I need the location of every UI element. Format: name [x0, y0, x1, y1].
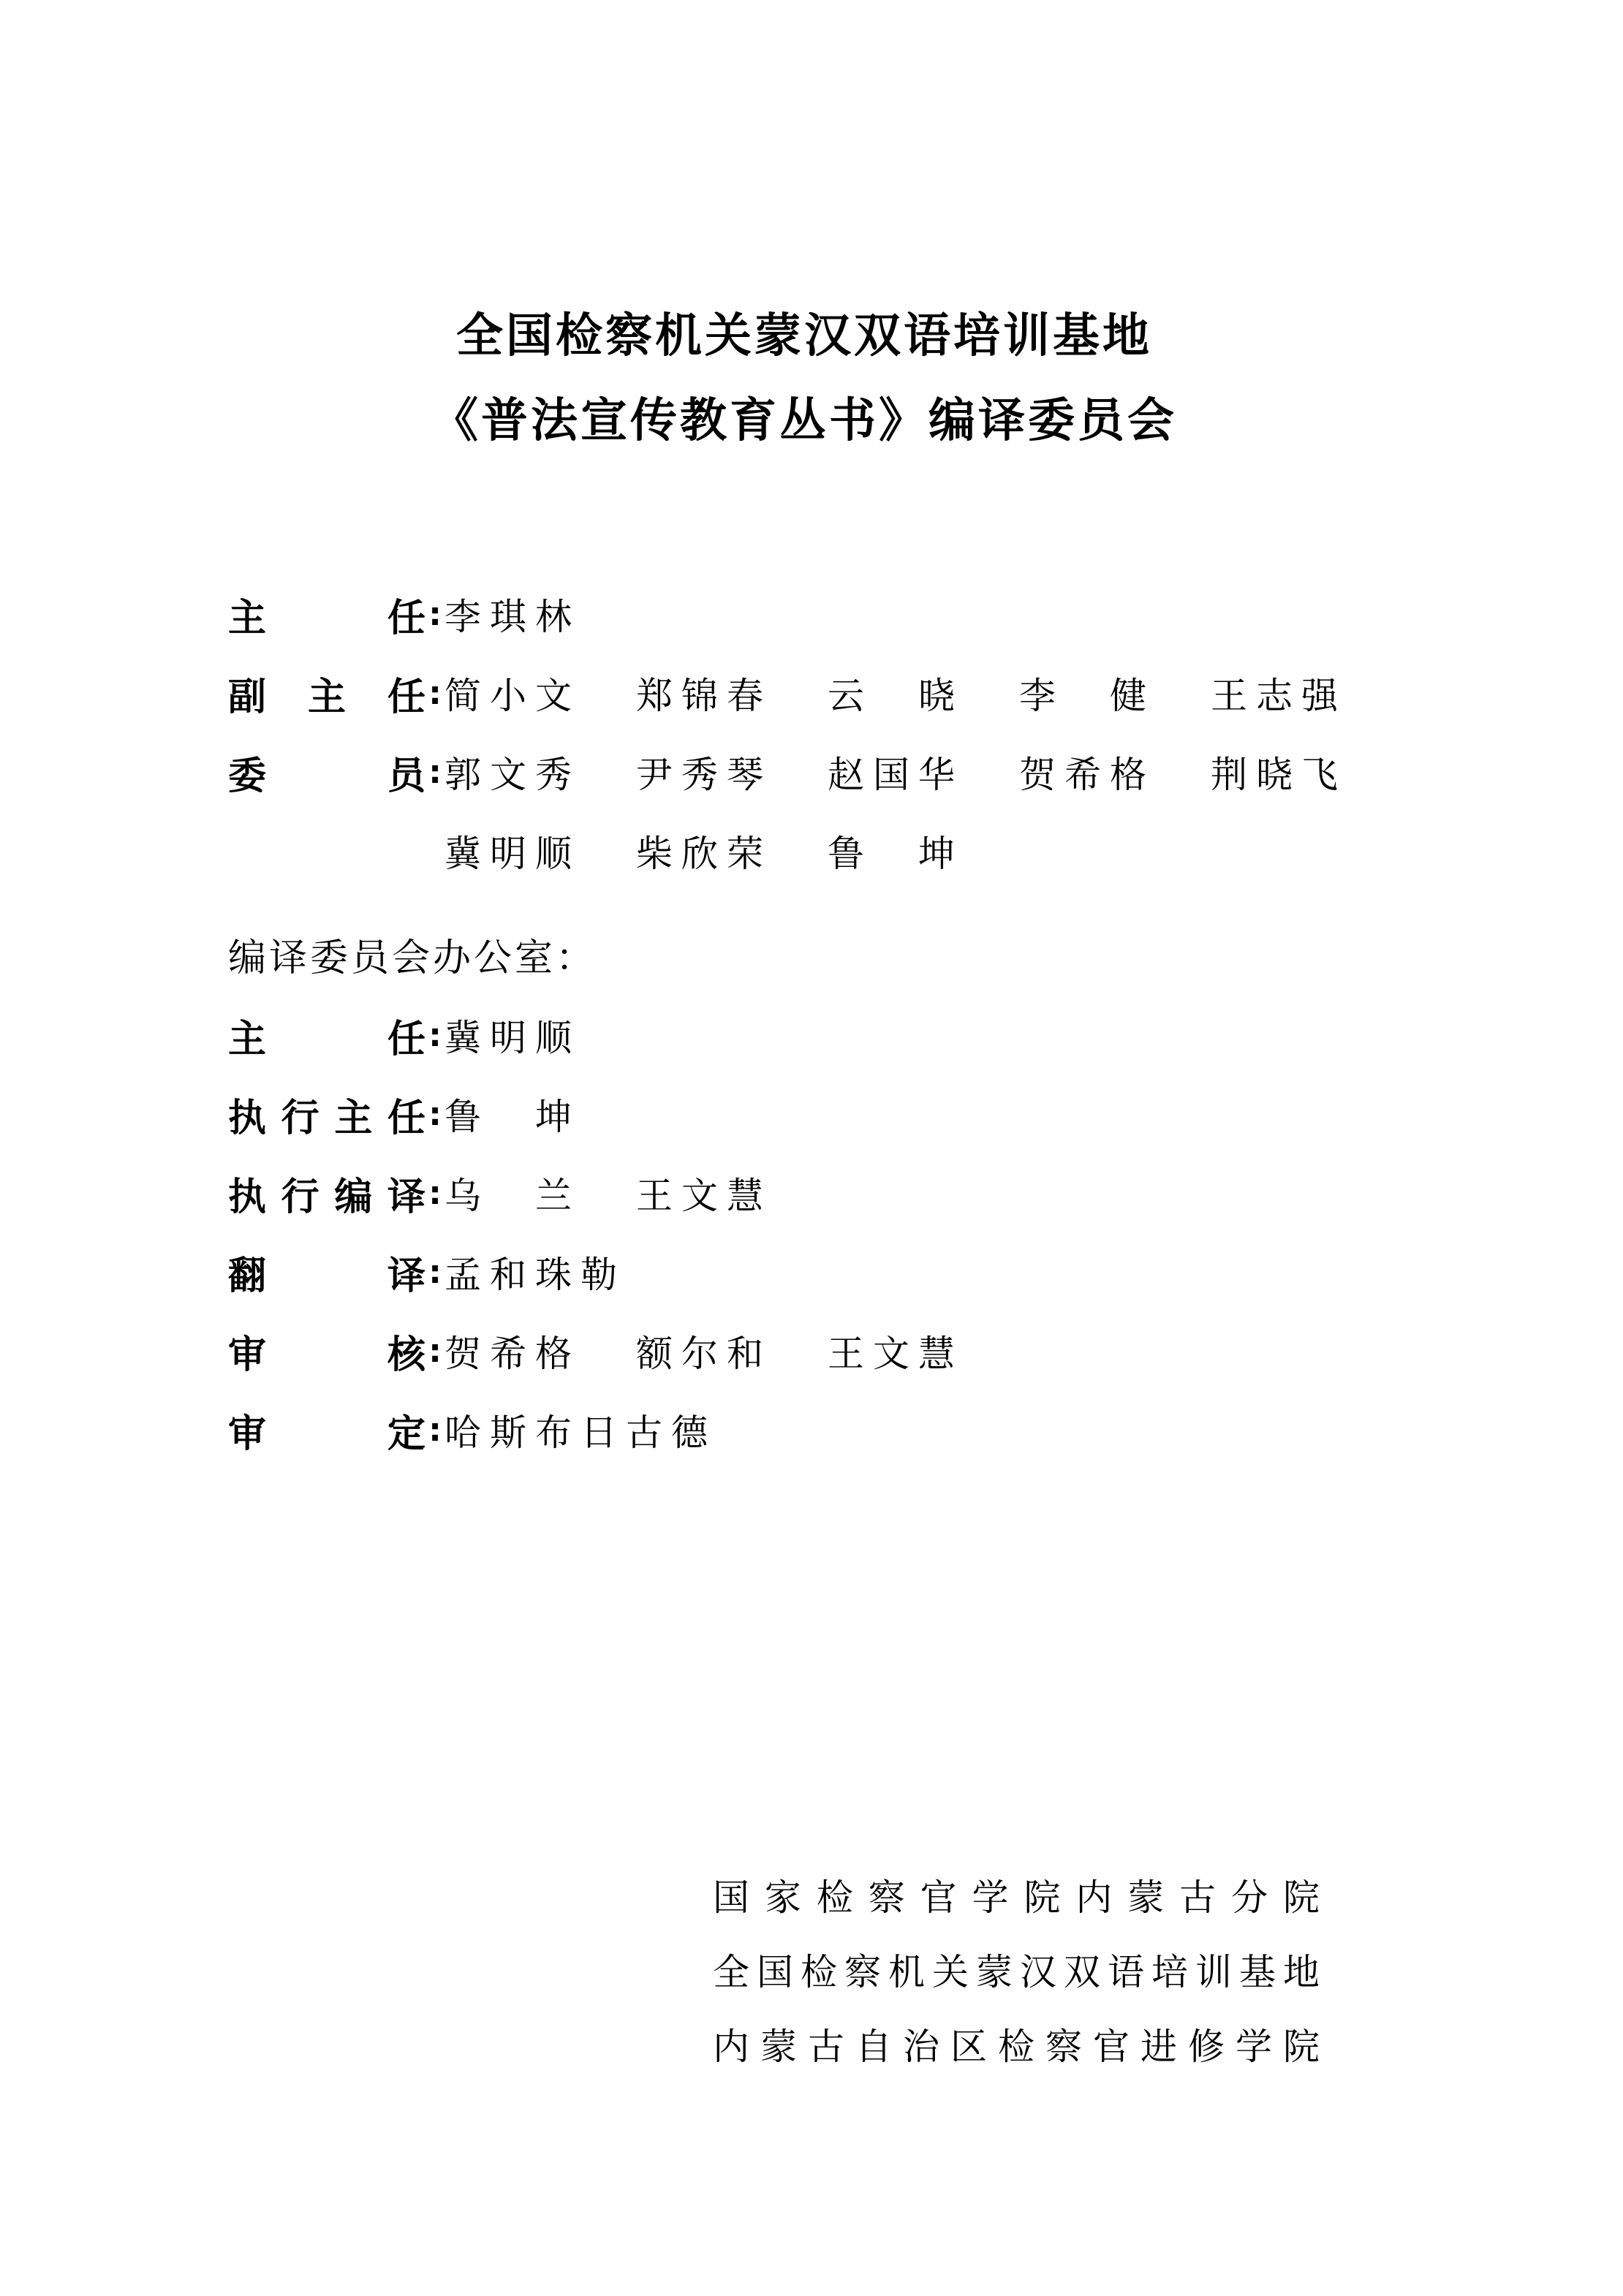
committee-row-director: 主 任 : 李琪林	[228, 585, 636, 643]
footer-char: 机	[888, 1935, 925, 2009]
office-row-executive-director: 执 行 主 任 : 鲁 坤	[228, 1085, 636, 1143]
publisher-footer: 国家检察官学院内蒙古分院 全国检察机关蒙汉双语培训基地 内蒙古自治区检察官进修学…	[713, 1860, 1320, 2084]
names-list: 哈斯布日古德	[444, 1403, 716, 1456]
role-label: 副 主 任	[228, 666, 425, 721]
names-list: 鲁 坤	[444, 1088, 636, 1140]
person-name: 简小文	[444, 667, 636, 719]
role-label: 执 行 编 译	[228, 1166, 425, 1221]
role-label-char: 核	[387, 1324, 425, 1379]
title-line-1: 全国检察机关蒙汉双语培训基地	[0, 307, 1623, 365]
person-name: 郭文秀	[444, 746, 636, 798]
committee-row-members: 委 员 : 郭文秀 尹秀琴 赵国华 贺希格 荆晓飞	[228, 743, 1402, 801]
role-label-char: 委	[228, 745, 266, 800]
footer-char: 汉	[1020, 1935, 1056, 2009]
footer-char: 蒙	[976, 1935, 1013, 2009]
footer-char: 学	[1236, 2009, 1272, 2084]
footer-char: 训	[1195, 1935, 1232, 2009]
role-label-char: 主	[308, 666, 346, 721]
person-name: 王文慧	[636, 1167, 828, 1219]
committee-row-members-continued: 冀明顺 柴欣荣 鲁 坤	[228, 822, 1019, 880]
role-label: 翻 译	[228, 1245, 425, 1300]
names-list: 乌 兰 王文慧	[444, 1167, 828, 1219]
role-label: 执 行 主 任	[228, 1087, 425, 1142]
person-name: 冀明顺	[444, 825, 636, 877]
footer-char: 地	[1283, 1935, 1320, 2009]
role-label-char: 行	[281, 1087, 319, 1142]
colon-separator: :	[425, 1333, 444, 1370]
person-name: 尹秀琴	[636, 746, 828, 798]
person-name: 王志强	[1211, 667, 1402, 719]
role-label-char: 译	[387, 1245, 425, 1300]
names-list: 冀明顺 柴欣荣 鲁 坤	[444, 825, 1019, 877]
footer-char: 内	[1075, 1860, 1112, 1935]
footer-char: 官	[1093, 2009, 1130, 2084]
office-row-translator: 翻 译 : 孟和珠勒	[228, 1243, 626, 1301]
role-label-char: 审	[228, 1403, 266, 1458]
footer-char: 察	[869, 1860, 905, 1935]
footer-char: 院	[1283, 2009, 1320, 2084]
person-name: 冀明顺	[444, 1009, 636, 1061]
person-name: 贺希格	[1019, 746, 1211, 798]
role-label-char: 执	[228, 1087, 266, 1142]
person-name: 贺希格	[444, 1325, 636, 1377]
footer-char: 蒙	[760, 2009, 797, 2084]
committee-row-deputy-director: 副 主 任 : 简小文 郑锦春 云 晓 李 健 王志强	[228, 664, 1402, 722]
role-label: 主 任	[228, 587, 425, 642]
footer-char: 察	[1045, 2009, 1082, 2084]
role-label-char: 译	[387, 1166, 425, 1221]
footer-char: 古	[808, 2009, 844, 2084]
footer-char: 院	[1024, 1860, 1060, 1935]
footer-char: 治	[903, 2009, 939, 2084]
colon-separator: :	[425, 1175, 444, 1212]
person-name: 赵国华	[828, 746, 1019, 798]
footer-char: 培	[1151, 1935, 1188, 2009]
footer-char: 修	[1188, 2009, 1225, 2084]
names-list: 简小文 郑锦春 云 晓 李 健 王志强	[444, 667, 1402, 719]
colon-separator: :	[425, 675, 444, 712]
role-label: 审 核	[228, 1324, 425, 1379]
role-label-char: 任	[387, 1087, 425, 1142]
person-name: 郑锦春	[636, 667, 828, 719]
footer-char: 家	[765, 1860, 801, 1935]
footer-char: 进	[1140, 2009, 1177, 2084]
person-name: 哈斯布日古德	[444, 1403, 716, 1456]
names-list: 郭文秀 尹秀琴 赵国华 贺希格 荆晓飞	[444, 746, 1402, 798]
footer-char: 检	[801, 1935, 837, 2009]
person-name: 王文慧	[828, 1325, 1019, 1377]
footer-char: 双	[1064, 1935, 1100, 2009]
office-row-executive-editor: 执 行 编 译 : 乌 兰 王文慧	[228, 1164, 828, 1222]
footer-char: 院	[1283, 1860, 1320, 1935]
footer-char: 内	[713, 2009, 749, 2084]
person-name: 李琪林	[444, 588, 636, 640]
person-name: 柴欣荣	[636, 825, 828, 877]
footer-char: 国	[713, 1860, 749, 1935]
footer-char: 蒙	[1127, 1860, 1164, 1935]
footer-char: 基	[1239, 1935, 1276, 2009]
role-label-char: 任	[387, 587, 425, 642]
role-label-char: 编	[334, 1166, 372, 1221]
page-title-block: 全国检察机关蒙汉双语培训基地 《普法宣传教育丛书》编译委员会	[0, 307, 1623, 477]
role-label-char: 翻	[228, 1245, 266, 1300]
person-name: 荆晓飞	[1211, 746, 1402, 798]
role-label-char: 审	[228, 1324, 266, 1379]
role-label: 审 定	[228, 1403, 425, 1458]
role-label-char: 主	[228, 1008, 266, 1063]
office-row-reviewer: 审 核 : 贺希格 额尔和 王文慧	[228, 1322, 1019, 1380]
colon-separator: :	[425, 1254, 444, 1291]
role-label-char: 副	[228, 666, 266, 721]
footer-char: 察	[844, 1935, 881, 2009]
footer-char: 官	[920, 1860, 957, 1935]
footer-char: 自	[855, 2009, 892, 2084]
names-list: 孟和珠勒	[444, 1246, 626, 1298]
footer-char: 检	[817, 1860, 853, 1935]
footer-char: 区	[950, 2009, 987, 2084]
footer-char: 全	[713, 1935, 749, 2009]
office-row-final-approver: 审 定 : 哈斯布日古德	[228, 1401, 716, 1459]
person-name: 云 晓	[828, 667, 1019, 719]
names-list: 贺希格 额尔和 王文慧	[444, 1325, 1019, 1377]
colon-separator: :	[425, 1017, 444, 1054]
person-name: 额尔和	[636, 1325, 828, 1377]
colon-separator: :	[425, 1096, 444, 1133]
person-name: 乌 兰	[444, 1167, 636, 1219]
person-name: 鲁 坤	[828, 825, 1019, 877]
footer-char: 分	[1231, 1860, 1268, 1935]
role-label-char: 任	[387, 666, 425, 721]
footer-line-3: 内蒙古自治区检察官进修学院	[713, 2009, 1320, 2084]
office-section-heading: 编译委员会办公室：	[228, 927, 597, 982]
role-label-char: 定	[387, 1403, 425, 1458]
colon-separator: :	[425, 1412, 444, 1449]
footer-line-1: 国家检察官学院内蒙古分院	[713, 1860, 1320, 1935]
footer-line-2: 全国检察机关蒙汉双语培训基地	[713, 1935, 1320, 2009]
office-row-director: 主 任 : 冀明顺	[228, 1006, 636, 1064]
role-label-char: 执	[228, 1166, 266, 1221]
role-label-char: 主	[228, 587, 266, 642]
colon-separator: :	[425, 754, 444, 791]
role-label-char: 任	[387, 1008, 425, 1063]
footer-char: 国	[757, 1935, 793, 2009]
person-name: 孟和珠勒	[444, 1246, 626, 1298]
footer-char: 语	[1108, 1935, 1144, 2009]
footer-char: 古	[1179, 1860, 1216, 1935]
footer-char: 关	[932, 1935, 969, 2009]
colon-separator: :	[425, 596, 444, 633]
role-label: 委 员	[228, 745, 425, 800]
role-label-char: 行	[281, 1166, 319, 1221]
footer-char: 检	[998, 2009, 1034, 2084]
role-label-char: 员	[387, 745, 425, 800]
footer-char: 学	[972, 1860, 1009, 1935]
role-label: 主 任	[228, 1008, 425, 1063]
role-label-char: 主	[334, 1087, 372, 1142]
names-list: 李琪林	[444, 588, 636, 640]
person-name: 鲁 坤	[444, 1088, 636, 1140]
title-line-2: 《普法宣传教育丛书》编译委员会	[0, 392, 1623, 450]
names-list: 冀明顺	[444, 1009, 636, 1061]
person-name: 李 健	[1019, 667, 1211, 719]
